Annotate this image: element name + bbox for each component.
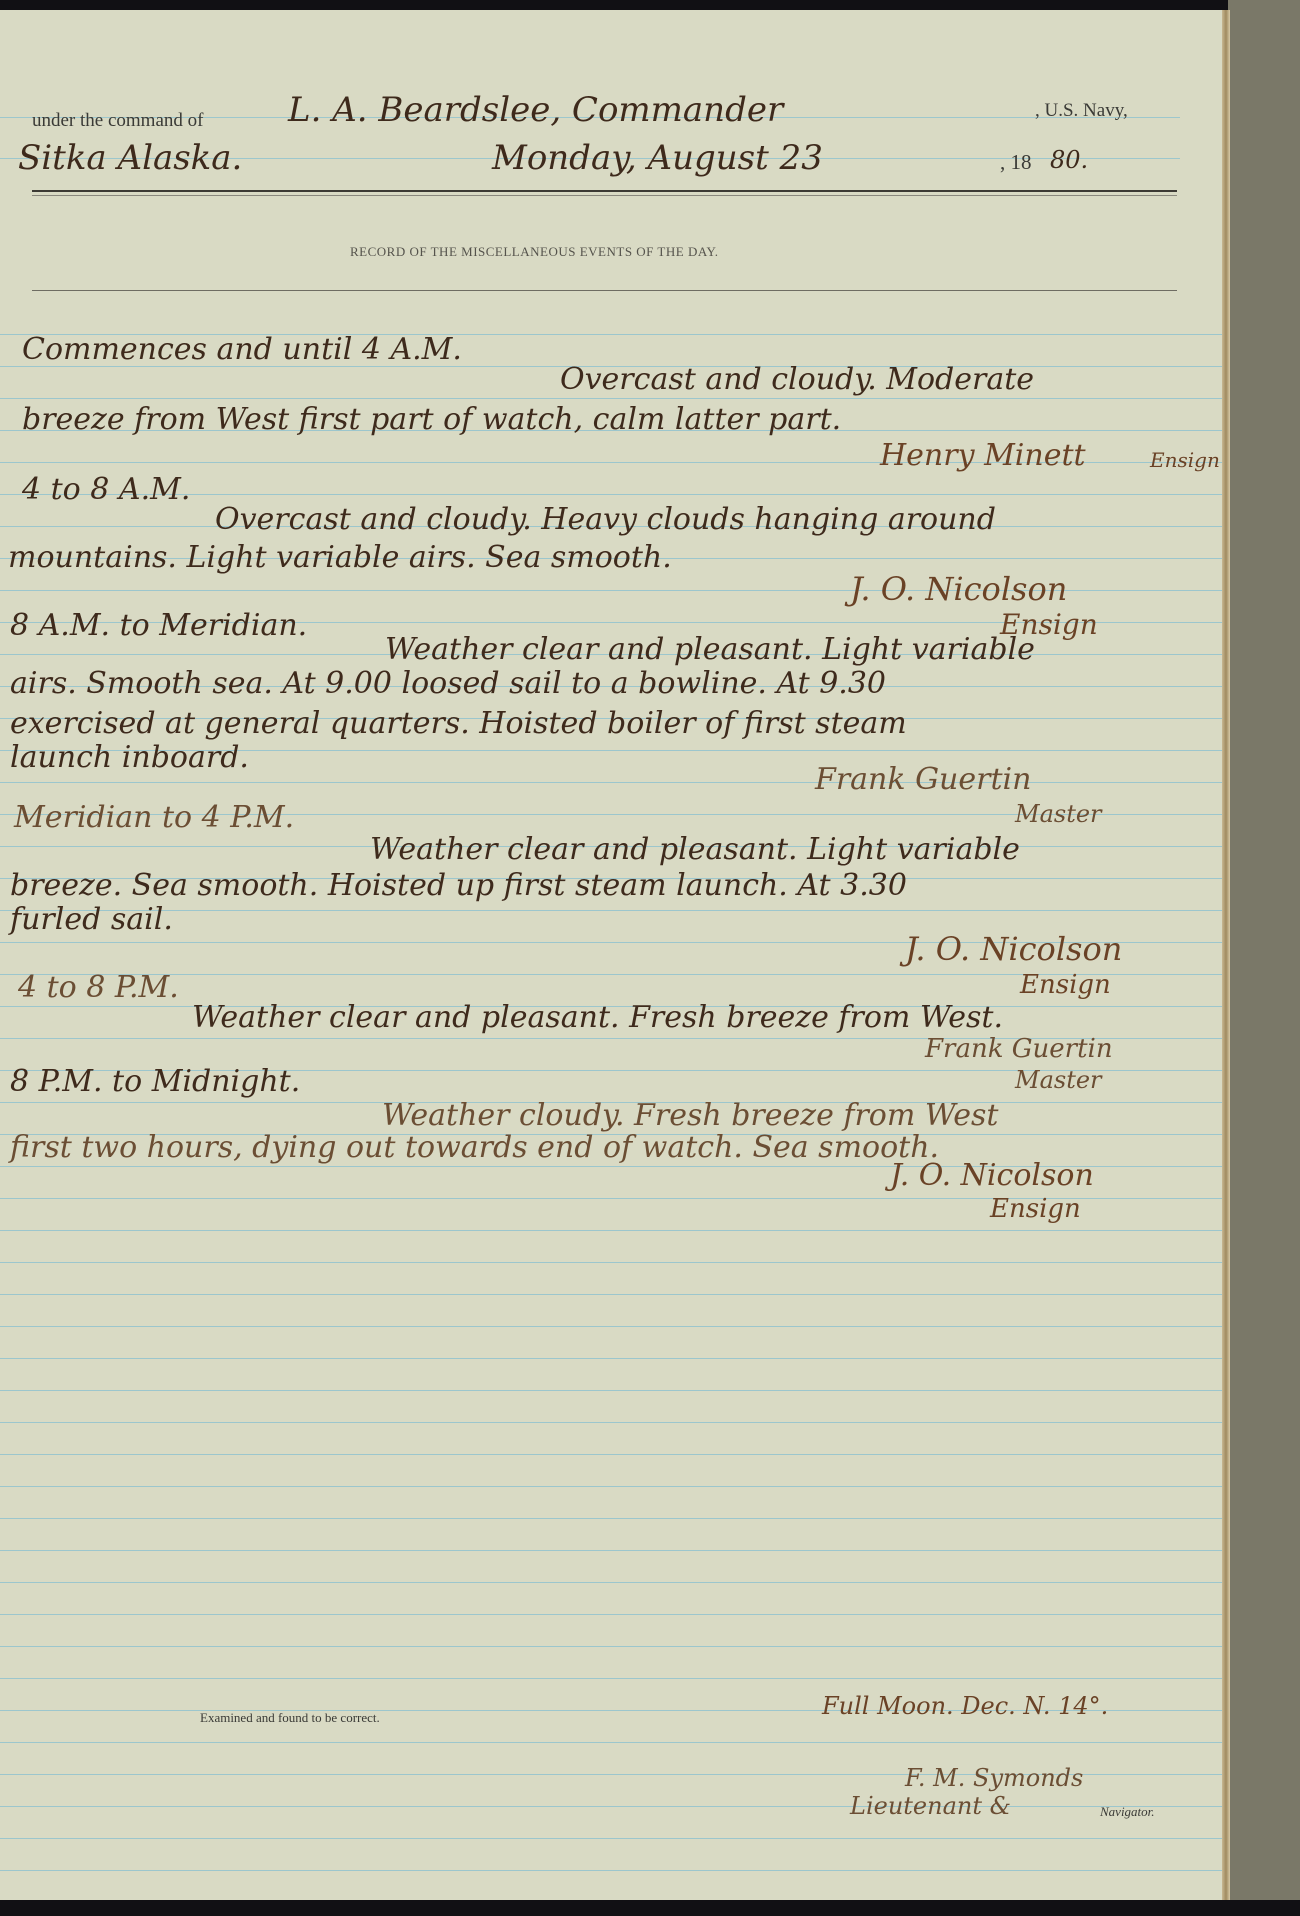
entry-line: airs. Smooth sea. At 9.00 loosed sail to… (10, 666, 886, 701)
entry-line: Weather cloudy. Fresh breeze from West (382, 1098, 998, 1133)
officer-signature: J. O. Nicolson (905, 930, 1122, 968)
officer-signature: Frank Guertin (815, 762, 1031, 797)
entry-line: Weather clear and pleasant. Light variab… (370, 832, 1020, 867)
watch-label: Meridian to 4 P.M. (14, 800, 294, 835)
entry-line: Weather clear and pleasant. Fresh breeze… (192, 1000, 1003, 1035)
officer-signature: Frank Guertin (925, 1034, 1113, 1064)
entry-line: mountains. Light variable airs. Sea smoo… (8, 540, 672, 575)
entry-line: breeze. Sea smooth. Hoisted up first ste… (10, 868, 907, 903)
navigator-signature: F. M. Symonds (905, 1764, 1083, 1792)
moon-note: Full Moon. Dec. N. 14°. (822, 1692, 1108, 1720)
watch-label: 8 P.M. to Midnight. (10, 1064, 300, 1099)
location: Sitka Alaska. (18, 138, 242, 178)
officer-signature: J. O. Nicolson (890, 1158, 1094, 1193)
officer-signature: J. O. Nicolson (850, 570, 1067, 608)
year-prefix: , 18 (1000, 150, 1032, 175)
officer-signature: Henry Minett (880, 438, 1086, 473)
commander-name: L. A. Beardslee, Commander (288, 90, 783, 130)
officer-rank: Ensign (1020, 970, 1111, 1000)
entry-line: breeze from West first part of watch, ca… (22, 402, 841, 437)
year-suffix: 80. (1050, 146, 1088, 174)
entry-line: Weather clear and pleasant. Light variab… (385, 632, 1035, 667)
entry-line: launch inboard. (10, 740, 249, 775)
watch-label: 4 to 8 P.M. (18, 970, 179, 1005)
logbook-page: under the command of L. A. Beardslee, Co… (0, 10, 1228, 1900)
examined-label: Examined and found to be correct. (200, 1710, 380, 1726)
entry-line: first two hours, dying out towards end o… (10, 1130, 939, 1165)
watch-label: 4 to 8 A.M. (22, 472, 190, 507)
watch-label: 8 A.M. to Meridian. (10, 608, 307, 643)
service-label: , U.S. Navy, (1035, 100, 1128, 122)
entry-line: furled sail. (10, 902, 173, 937)
book-cover-backing (1228, 0, 1300, 1900)
command-prefix-label: under the command of (32, 110, 203, 132)
entry-line: Overcast and cloudy. Moderate (560, 362, 1034, 397)
page-edge (1222, 10, 1230, 1900)
navigator-rank-handwritten: Lieutenant & (850, 1792, 1011, 1820)
officer-rank: Master (1015, 1066, 1102, 1094)
section-rule (32, 290, 1177, 291)
entry-line: Overcast and cloudy. Heavy clouds hangin… (215, 502, 996, 537)
officer-rank: Ensign (1150, 448, 1220, 472)
date-handwritten: Monday, August 23 (492, 138, 823, 178)
officer-rank: Ensign (990, 1194, 1081, 1224)
section-title: RECORD OF THE MISCELLANEOUS EVENTS OF TH… (350, 244, 719, 260)
navigator-title: Navigator. (1100, 1804, 1155, 1820)
watch-label: Commences and until 4 A.M. (22, 332, 462, 367)
header-double-rule (32, 190, 1177, 196)
officer-rank: Master (1015, 800, 1102, 828)
entry-line: exercised at general quarters. Hoisted b… (10, 706, 907, 741)
